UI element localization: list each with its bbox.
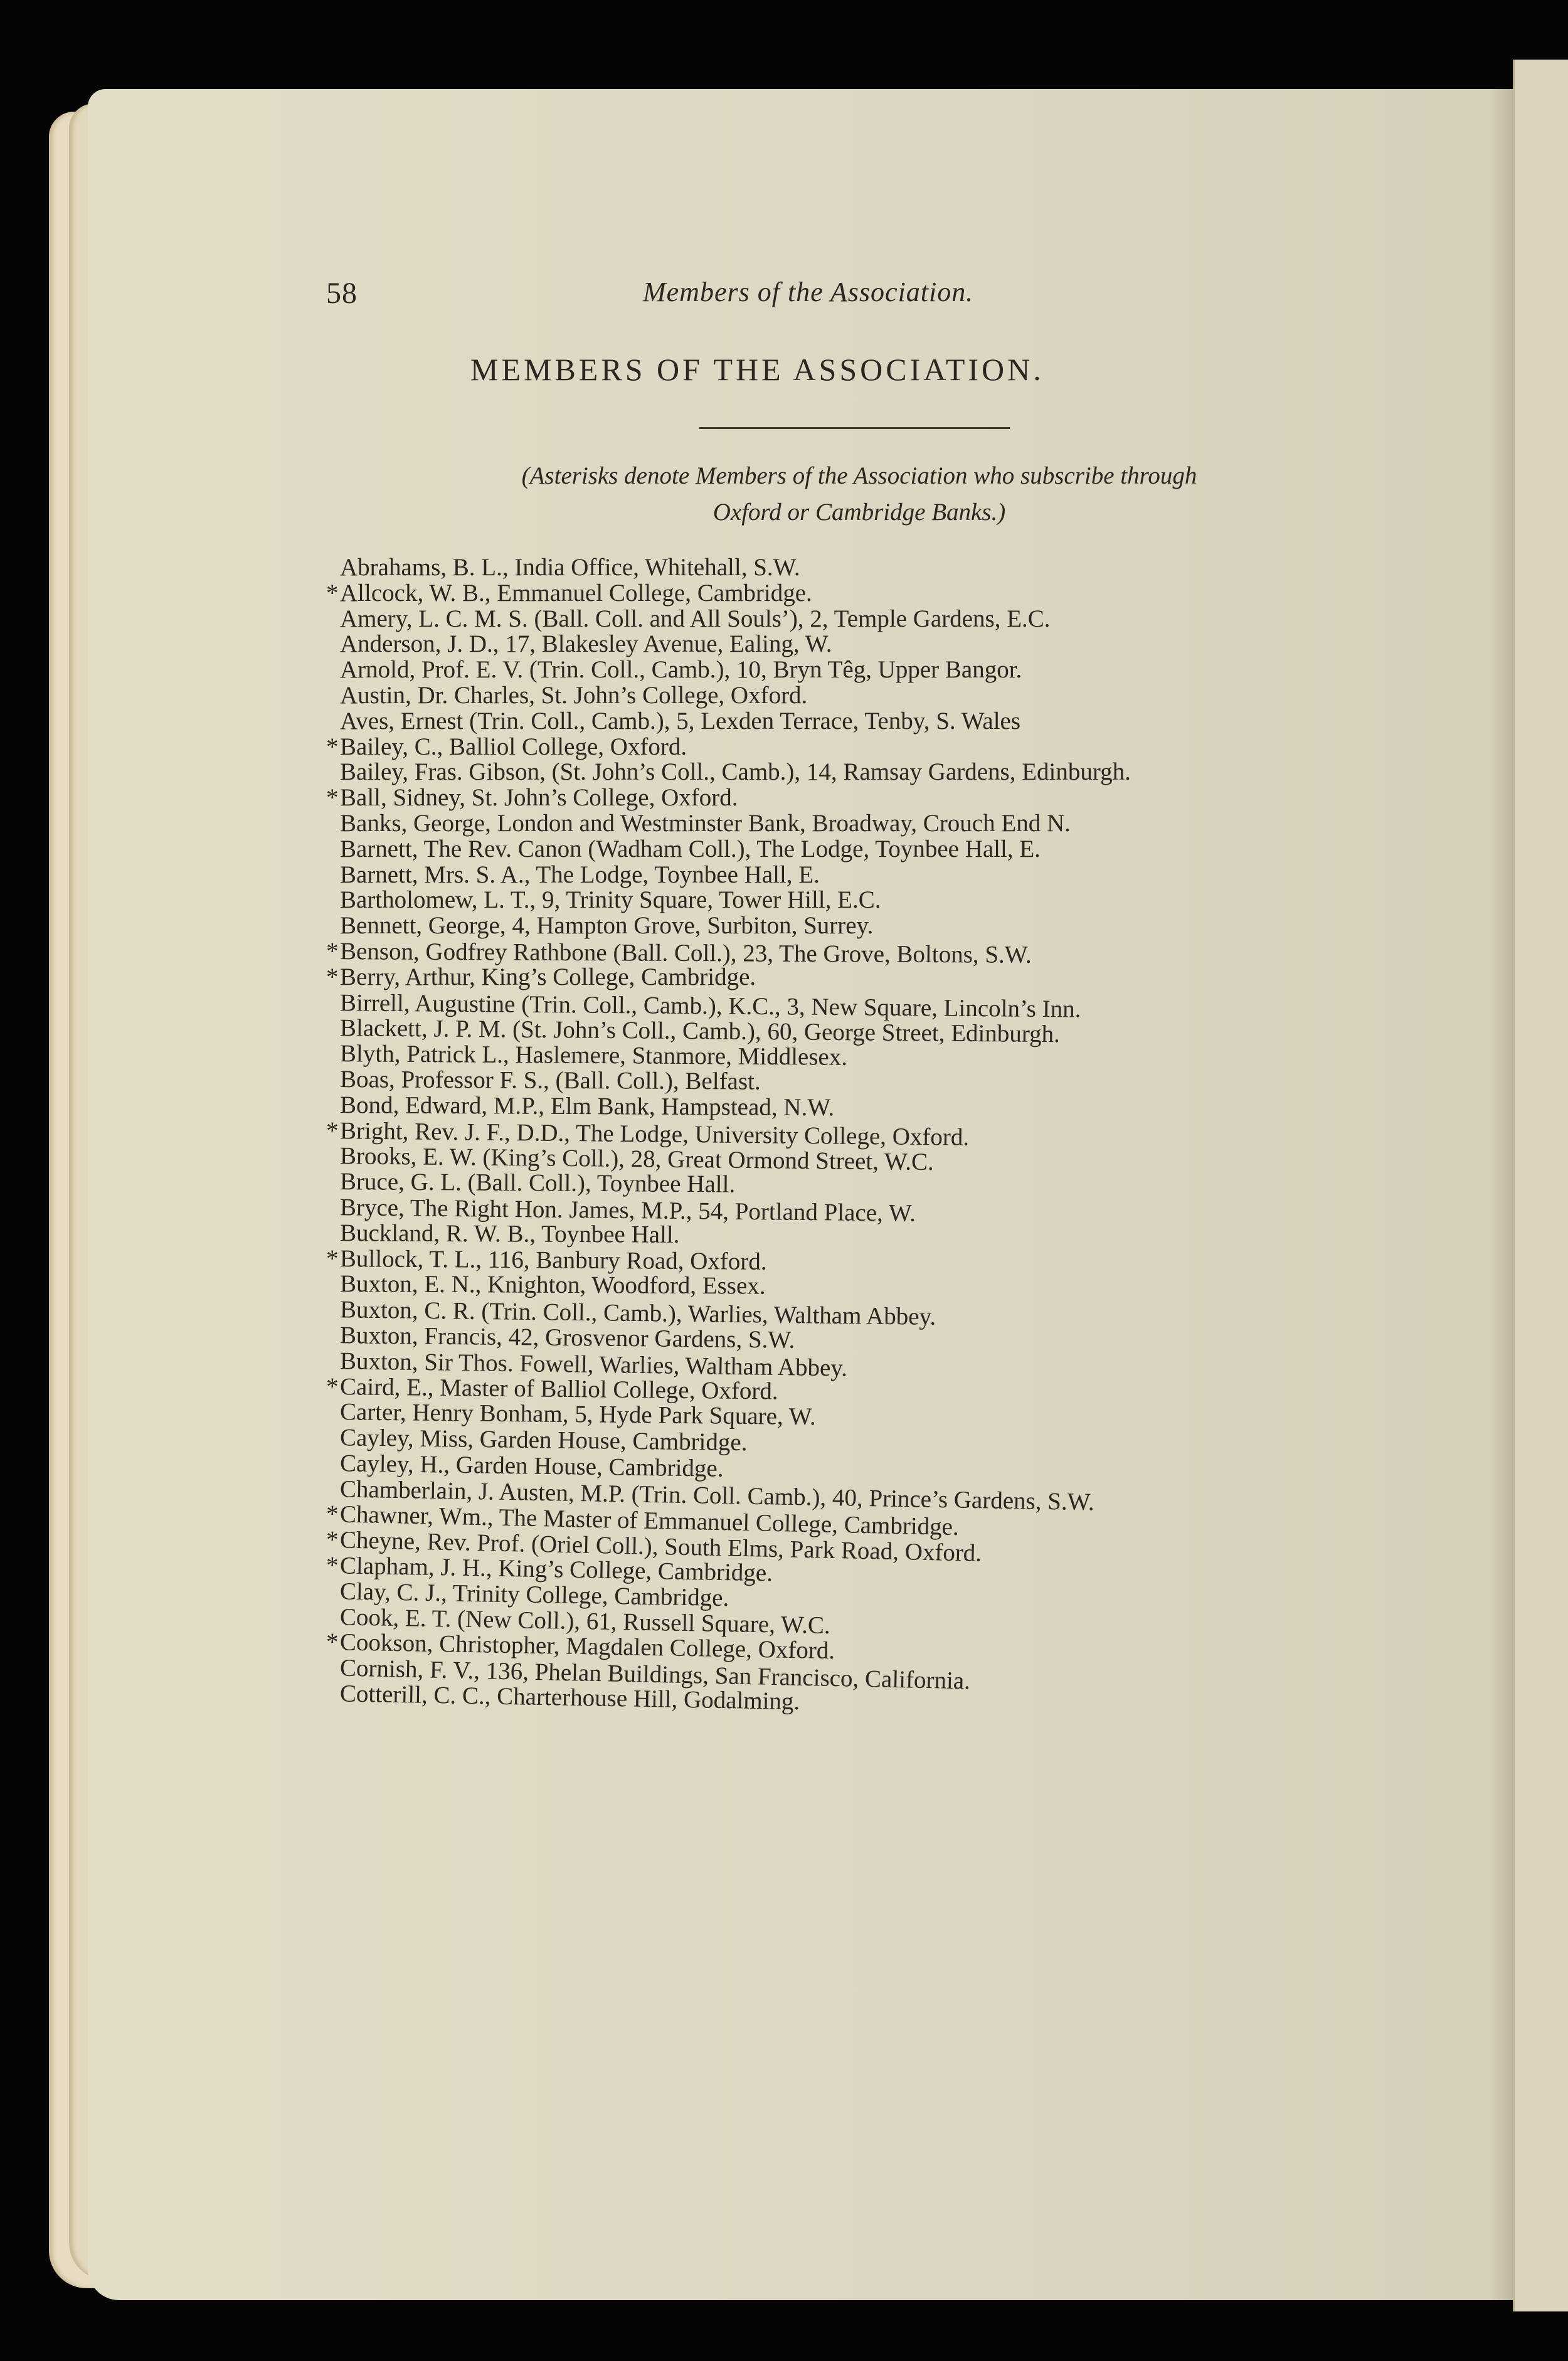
asterisk-note-line-2: Oxford or Cambridge Banks.) <box>452 494 1267 531</box>
member-entry-text: Anderson, J. D., 17, Blakesley Avenue, E… <box>340 630 832 657</box>
page-number: 58 <box>326 276 358 310</box>
asterisk-marker: * <box>326 785 339 811</box>
member-entry-text: Aves, Ernest (Trin. Coll., Camb.), 5, Le… <box>340 708 1020 735</box>
list-item: Anderson, J. D., 17, Blakesley Avenue, E… <box>326 632 1455 657</box>
page-header: 58 Members of the Association. <box>326 276 1305 314</box>
list-item: Arnold, Prof. E. V. (Trin. Coll., Camb.)… <box>326 657 1455 683</box>
list-item: Barnett, The Rev. Canon (Wadham Coll.), … <box>326 837 1455 862</box>
list-item: Abrahams, B. L., India Office, Whitehall… <box>326 555 1455 581</box>
list-item: Bennett, George, 4, Hampton Grove, Surbi… <box>326 913 1455 939</box>
asterisk-marker: * <box>326 1118 339 1144</box>
list-item: Barnett, Mrs. S. A., The Lodge, Toynbee … <box>326 862 1455 888</box>
asterisk-marker: * <box>326 1502 339 1527</box>
list-item: Austin, Dr. Charles, St. John’s College,… <box>326 683 1455 709</box>
page-title: MEMBERS OF THE ASSOCIATION. <box>470 351 1044 388</box>
member-entry-text: Bennett, George, 4, Hampton Grove, Surbi… <box>340 912 873 939</box>
member-entry-text: Abrahams, B. L., India Office, Whitehall… <box>340 554 800 581</box>
member-entry-text: Bartholomew, L. T., 9, Trinity Square, T… <box>340 886 881 913</box>
list-item: Bailey, Fras. Gibson, (St. John’s Coll.,… <box>326 760 1455 785</box>
list-item: Aves, Ernest (Trin. Coll., Camb.), 5, Le… <box>326 709 1455 735</box>
member-entry-text: Banks, George, London and Westminster Ba… <box>340 810 1071 837</box>
asterisk-marker: * <box>326 735 339 760</box>
asterisk-note: (Asterisks denote Members of the Associa… <box>452 458 1267 531</box>
member-entry-text: Boas, Professor F. S., (Ball. Coll.), Be… <box>340 1066 761 1095</box>
asterisk-marker: * <box>326 1527 339 1553</box>
member-entry-text: Buxton, E. N., Knighton, Woodford, Essex… <box>340 1270 766 1300</box>
asterisk-marker: * <box>326 965 339 990</box>
asterisk-marker: * <box>326 1246 339 1272</box>
list-item: Banks, George, London and Westminster Ba… <box>326 811 1455 837</box>
asterisk-note-line-1: (Asterisks denote Members of the Associa… <box>452 458 1267 494</box>
list-item: *Bailey, C., Balliol College, Oxford. <box>326 735 1455 760</box>
member-list: Abrahams, B. L., India Office, Whitehall… <box>326 555 1455 1707</box>
member-entry-text: Bruce, G. L. (Ball. Coll.), Toynbee Hall… <box>340 1168 735 1197</box>
list-item: Amery, L. C. M. S. (Ball. Coll. and All … <box>326 607 1455 632</box>
list-item: *Berry, Arthur, King’s College, Cambridg… <box>326 965 1455 990</box>
member-entry-text: Amery, L. C. M. S. (Ball. Coll. and All … <box>340 605 1051 632</box>
member-entry-text: Allcock, W. B., Emmanuel College, Cambri… <box>340 580 812 607</box>
member-entry-text: Barnett, Mrs. S. A., The Lodge, Toynbee … <box>340 861 820 888</box>
member-entry-text: Arnold, Prof. E. V. (Trin. Coll., Camb.)… <box>340 656 1022 683</box>
gutter-shadow <box>1490 89 1515 2300</box>
member-entry-text: Bond, Edward, M.P., Elm Bank, Hampstead,… <box>340 1091 834 1121</box>
list-item: *Allcock, W. B., Emmanuel College, Cambr… <box>326 581 1455 607</box>
member-entry-text: Ball, Sidney, St. John’s College, Oxford… <box>340 784 738 811</box>
asterisk-marker: * <box>326 1553 339 1579</box>
member-entry-text: Bailey, Fras. Gibson, (St. John’s Coll.,… <box>340 758 1131 785</box>
asterisk-marker: * <box>326 1374 339 1400</box>
asterisk-marker: * <box>326 1630 339 1655</box>
list-item: *Ball, Sidney, St. John’s College, Oxfor… <box>326 785 1455 811</box>
asterisk-marker: * <box>326 581 339 607</box>
facing-page-edge <box>1513 60 1568 2311</box>
running-head: Members of the Association. <box>643 276 973 308</box>
member-entry-text: Berry, Arthur, King’s College, Cambridge… <box>340 963 756 990</box>
member-entry-text: Bailey, C., Balliol College, Oxford. <box>340 733 687 760</box>
member-entry-text: Austin, Dr. Charles, St. John’s College,… <box>340 682 807 709</box>
member-entry-text: Buckland, R. W. B., Toynbee Hall. <box>340 1219 680 1248</box>
member-entry-text: Barnett, The Rev. Canon (Wadham Coll.), … <box>340 836 1041 862</box>
asterisk-marker: * <box>326 939 339 965</box>
list-item: Bartholomew, L. T., 9, Trinity Square, T… <box>326 888 1455 913</box>
title-rule <box>699 427 1010 429</box>
